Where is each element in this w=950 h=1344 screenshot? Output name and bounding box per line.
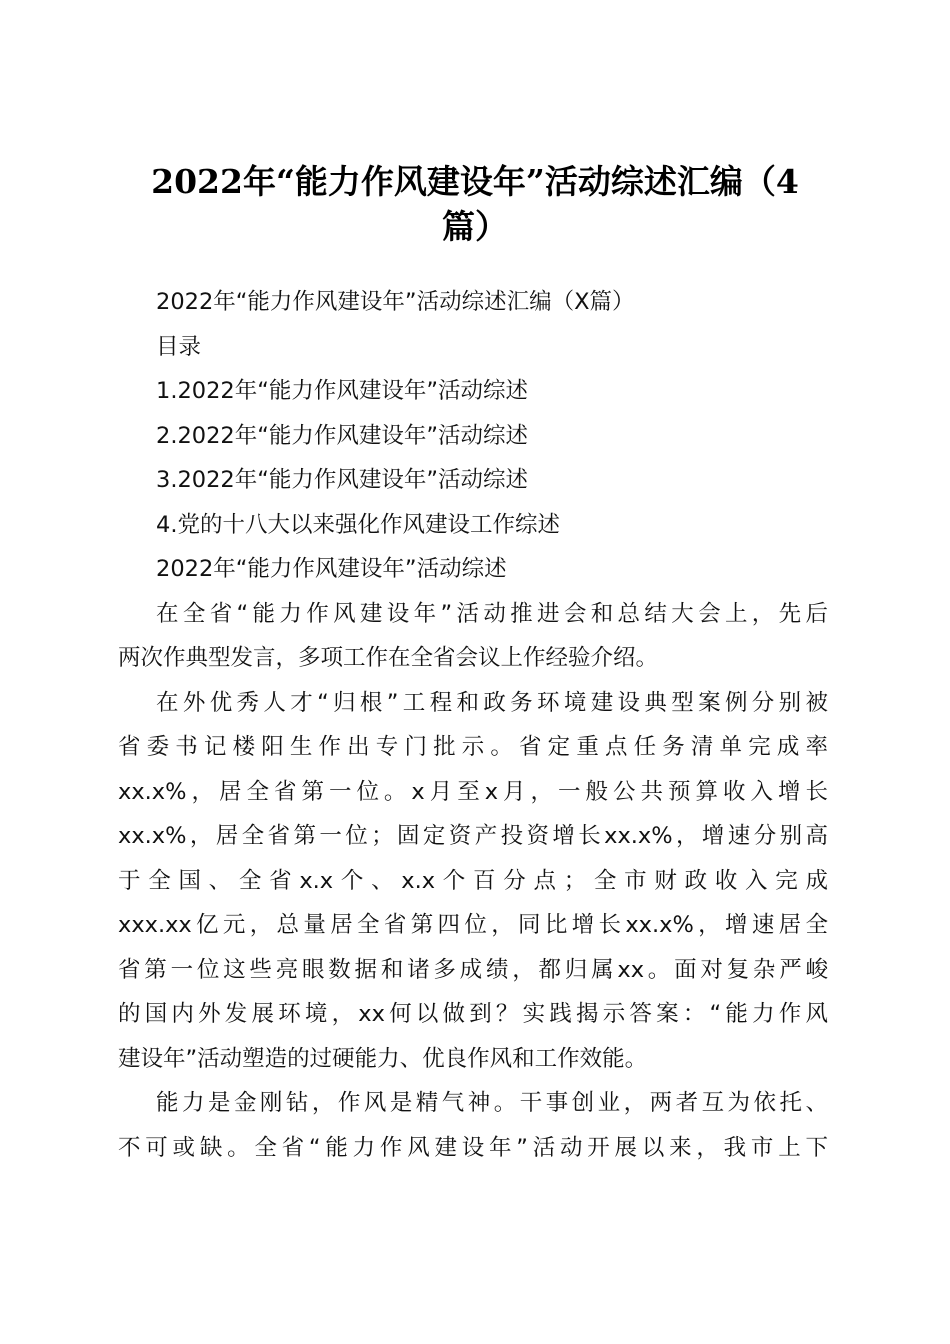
paragraph-line: 省第一位这些亮眼数据和诸多成绩，都归属xx。面对复杂严峻 (118, 948, 828, 993)
paragraph-line: xxx.xx亿元，总量居全省第四位，同比增长xx.x%，增速居全 (118, 903, 828, 948)
table-of-contents: 2022年“能力作风建设年”活动综述汇编（X篇） 目录 1.2022年“能力作风… (118, 280, 828, 592)
paragraph-line: 的国内外发展环境，xx何以做到？实践揭示答案：“能力作风 (118, 992, 828, 1037)
paragraph-line: xx.x%，居全省第一位；固定资产投资增长xx.x%，增速分别高 (118, 814, 828, 859)
paragraph-1: 在全省“能力作风建设年”活动推进会和总结大会上，先后 两次作典型发言，多项工作在… (118, 592, 828, 681)
title-line-1: 2022年“能力作风建设年”活动综述汇编（4 (100, 160, 850, 205)
paragraph-line: xx.x%，居全省第一位。x月至x月，一般公共预算收入增长 (118, 770, 828, 815)
toc-item-1: 1.2022年“能力作风建设年”活动综述 (118, 369, 828, 414)
paragraph-line: 两次作典型发言，多项工作在全省会议上作经验介绍。 (118, 636, 828, 681)
section-title: 2022年“能力作风建设年”活动综述 (118, 547, 828, 592)
paragraph-2: 在外优秀人才“归根”工程和政务环境建设典型案例分别被 省委书记楼阳生作出专门批示… (118, 681, 828, 1082)
document-body: 2022年“能力作风建设年”活动综述汇编（X篇） 目录 1.2022年“能力作风… (118, 280, 828, 1170)
toc-heading: 2022年“能力作风建设年”活动综述汇编（X篇） (118, 280, 828, 325)
paragraph-line: 省委书记楼阳生作出专门批示。省定重点任务清单完成率 (118, 725, 828, 770)
paragraph-line: 在全省“能力作风建设年”活动推进会和总结大会上，先后 (118, 592, 828, 637)
document-page: 2022年“能力作风建设年”活动综述汇编（4 篇） 2022年“能力作风建设年”… (0, 0, 950, 1344)
toc-item-4: 4.党的十八大以来强化作风建设工作综述 (118, 503, 828, 548)
title-line-2: 篇） (100, 205, 850, 250)
paragraph-line: 在外优秀人才“归根”工程和政务环境建设典型案例分别被 (118, 681, 828, 726)
paragraph-line: 建设年”活动塑造的过硬能力、优良作风和工作效能。 (118, 1037, 828, 1082)
toc-item-3: 3.2022年“能力作风建设年”活动综述 (118, 458, 828, 503)
toc-label: 目录 (118, 325, 828, 370)
paragraph-line: 不可或缺。全省“能力作风建设年”活动开展以来，我市上下 (118, 1126, 828, 1171)
paragraph-3: 能力是金刚钻，作风是精气神。干事创业，两者互为依托、 不可或缺。全省“能力作风建… (118, 1081, 828, 1170)
document-title: 2022年“能力作风建设年”活动综述汇编（4 篇） (100, 160, 850, 249)
paragraph-line: 能力是金刚钻，作风是精气神。干事创业，两者互为依托、 (118, 1081, 828, 1126)
paragraph-line: 于全国、全省x.x个、x.x个百分点；全市财政收入完成 (118, 859, 828, 904)
toc-item-2: 2.2022年“能力作风建设年”活动综述 (118, 414, 828, 459)
